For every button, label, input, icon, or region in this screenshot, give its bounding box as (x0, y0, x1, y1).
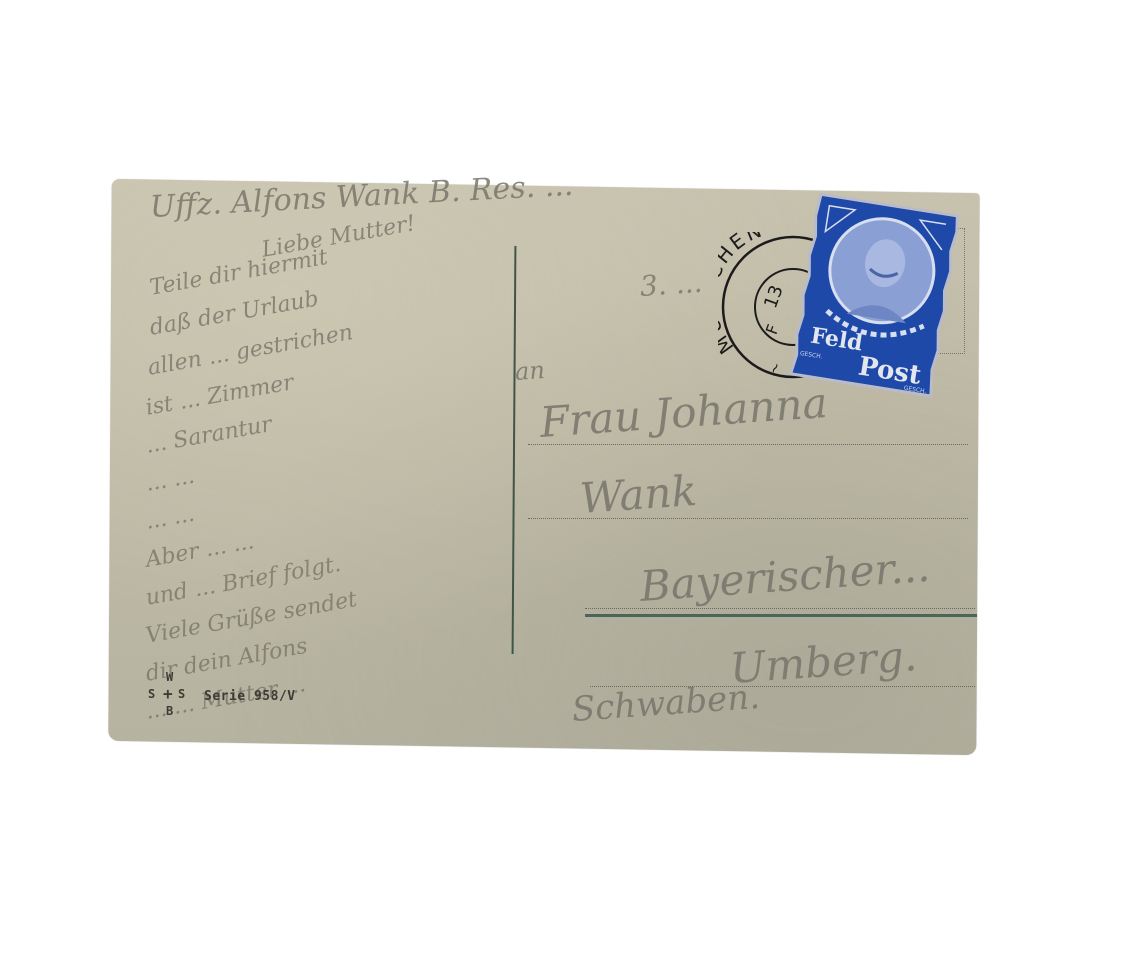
address-line-2: Wank (578, 466, 698, 523)
postcard-photo: Uffz. Alfons Wank B. Res. ... 3. ... Lie… (0, 0, 1147, 955)
series-number: Serie 958/V (204, 689, 296, 704)
svg-text:~: ~ (766, 359, 786, 377)
postmark-number: 13 (760, 283, 788, 312)
address-rule-solid (585, 614, 977, 617)
postmark-city: MUENCHEN (718, 232, 767, 359)
publisher-logo: W S + S B (148, 676, 188, 720)
postmark-letter: F (762, 322, 783, 337)
sender-date: 3. ... (639, 266, 703, 303)
publisher-mark: W S + S B Serie 958/V (148, 676, 188, 720)
address-rule (528, 444, 968, 445)
address-prefix: an (514, 356, 546, 386)
feldpost-stamp: Feld Post GESCH. GESCH. (786, 189, 964, 400)
